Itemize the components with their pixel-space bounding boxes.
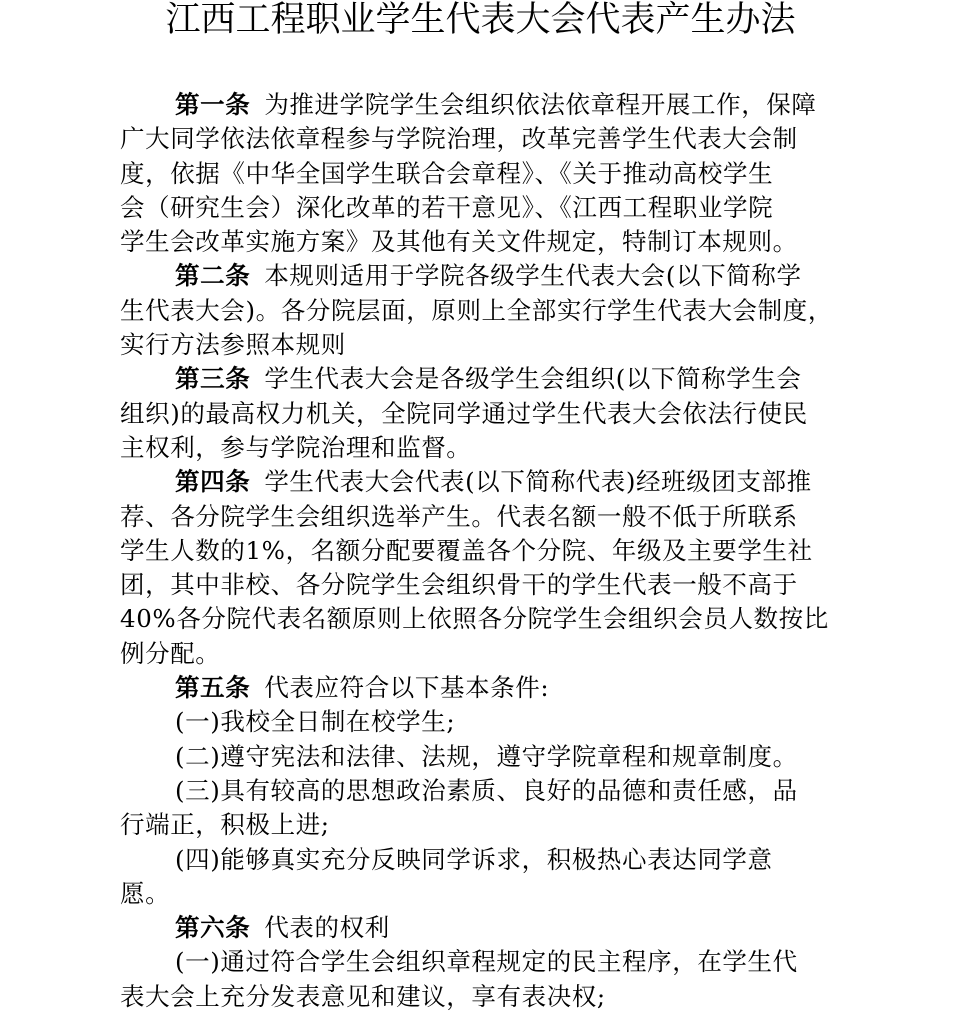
line-text: 表大会上充分发表意见和建议，享有表决权; [120,982,606,1011]
article-1-line-4: 会（研究生会）深化改革的若干意见》、《江西工程职业学院 [120,191,860,225]
line-text: 代表应符合以下基本条件: [264,673,549,702]
article-4-line-1: 第四条学生代表大会代表(以下简称代表)经班级团支部推 [120,465,860,499]
article-6-line-1: 第六条代表的权利 [120,911,860,945]
line-text: 例分配。 [120,639,220,668]
line-text: (三)具有较高的思想政治素质、良好的品德和责任感，品 [175,776,798,805]
article-5-item-4: (四)能够真实充分反映同学诉求，积极热心表达同学意 [120,843,860,877]
line-text: 团，其中非校、各分院学生会组织骨干的学生代表一般不高于 [120,570,798,599]
line-text: 会（研究生会）深化改革的若干意见》、《江西工程职业学院 [120,193,773,222]
line-text: 生代表大会)。各分院层面，原则上全部实行学生代表大会制度， [120,296,833,325]
article-5-item-3: (三)具有较高的思想政治素质、良好的品德和责任感，品 [120,774,860,808]
line-text: 学生人数的1%，名额分配要覆盖各个分院、年级及主要学生社 [120,536,813,565]
article-3-line-2: 组织)的最高权力机关，全院同学通过学生代表大会依法行使民 [120,397,860,431]
article-3-line-3: 主权利，参与学院治理和监督。 [120,431,860,465]
line-text: 学生代表大会代表(以下简称代表)经班级团支部推 [264,467,811,496]
line-text: 学生会改革实施方案》及其他有关文件规定，特制订本规则。 [120,227,798,256]
article-5-item-2: (二)遵守宪法和法律、法规，遵守学院章程和规章制度。 [120,740,860,774]
article-2-line-2: 生代表大会)。各分院层面，原则上全部实行学生代表大会制度， [120,294,860,328]
article-1-line-1: 第一条为推进学院学生会组织依法依章程开展工作，保障 [120,88,860,122]
article-5-item-4-cont: 愿。 [120,877,860,911]
article-6-item-1-cont: 表大会上充分发表意见和建议，享有表决权; [120,980,860,1014]
article-5-item-1: (一)我校全日制在校学生; [120,705,860,739]
article-2-line-1: 第二条本规则适用于学院各级学生代表大会(以下简称学 [120,259,860,293]
article-1-line-2: 广大同学依法依章程参与学院治理，改革完善学生代表大会制 [120,122,860,156]
article-5-line-1: 第五条代表应符合以下基本条件: [120,671,860,705]
line-text: 荐、各分院学生会组织选举产生。代表名额一般不低于所联系 [120,502,798,531]
line-text: (四)能够真实充分反映同学诉求，积极热心表达同学意 [175,845,773,874]
line-text: 实行方法参照本规则 [120,330,346,359]
line-text: 代表的权利 [264,913,390,942]
line-text: 40%各分院代表名额原则上依照各分院学生会组织会员人数按比 [120,604,829,633]
article-4-line-4: 团，其中非校、各分院学生会组织骨干的学生代表一般不高于 [120,568,860,602]
article-4-line-5: 40%各分院代表名额原则上依照各分院学生会组织会员人数按比 [120,602,860,636]
line-text: (一)我校全日制在校学生; [175,707,455,736]
article-6-item-1: (一)通过符合学生会组织章程规定的民主程序，在学生代 [120,945,860,979]
document-body: 第一条为推进学院学生会组织依法依章程开展工作，保障 广大同学依法依章程参与学院治… [120,88,860,1014]
article-heading: 第五条 [175,673,250,702]
line-text: 度，依据《中华全国学生联合会章程》、《关于推动高校学生 [120,159,773,188]
line-text: 为推进学院学生会组织依法依章程开展工作，保障 [264,90,816,119]
article-1-line-5: 学生会改革实施方案》及其他有关文件规定，特制订本规则。 [120,225,860,259]
article-2-line-3: 实行方法参照本规则 [120,328,860,362]
article-4-line-2: 荐、各分院学生会组织选举产生。代表名额一般不低于所联系 [120,500,860,534]
article-4-line-6: 例分配。 [120,637,860,671]
line-text: 本规则适用于学院各级学生代表大会(以下简称学 [264,261,801,290]
article-4-line-3: 学生人数的1%，名额分配要覆盖各个分院、年级及主要学生社 [120,534,860,568]
article-3-line-1: 第三条学生代表大会是各级学生会组织(以下简称学生会 [120,362,860,396]
line-text: 主权利，参与学院治理和监督。 [120,433,471,462]
article-heading: 第四条 [175,467,250,496]
line-text: (一)通过符合学生会组织章程规定的民主程序，在学生代 [175,947,798,976]
line-text: (二)遵守宪法和法律、法规，遵守学院章程和规章制度。 [175,742,798,771]
line-text: 愿。 [120,879,170,908]
document-title: 江西工程职业学生代表大会代表产生办法 [0,0,961,44]
article-heading: 第三条 [175,364,250,393]
article-heading: 第六条 [175,913,250,942]
line-text: 组织)的最高权力机关，全院同学通过学生代表大会依法行使民 [120,399,808,428]
line-text: 广大同学依法依章程参与学院治理，改革完善学生代表大会制 [120,124,798,153]
article-heading: 第二条 [175,261,250,290]
line-text: 行端正，积极上进; [120,810,330,839]
article-5-item-3-cont: 行端正，积极上进; [120,808,860,842]
line-text: 学生代表大会是各级学生会组织(以下简称学生会 [264,364,801,393]
article-heading: 第一条 [175,90,250,119]
article-1-line-3: 度，依据《中华全国学生联合会章程》、《关于推动高校学生 [120,157,860,191]
